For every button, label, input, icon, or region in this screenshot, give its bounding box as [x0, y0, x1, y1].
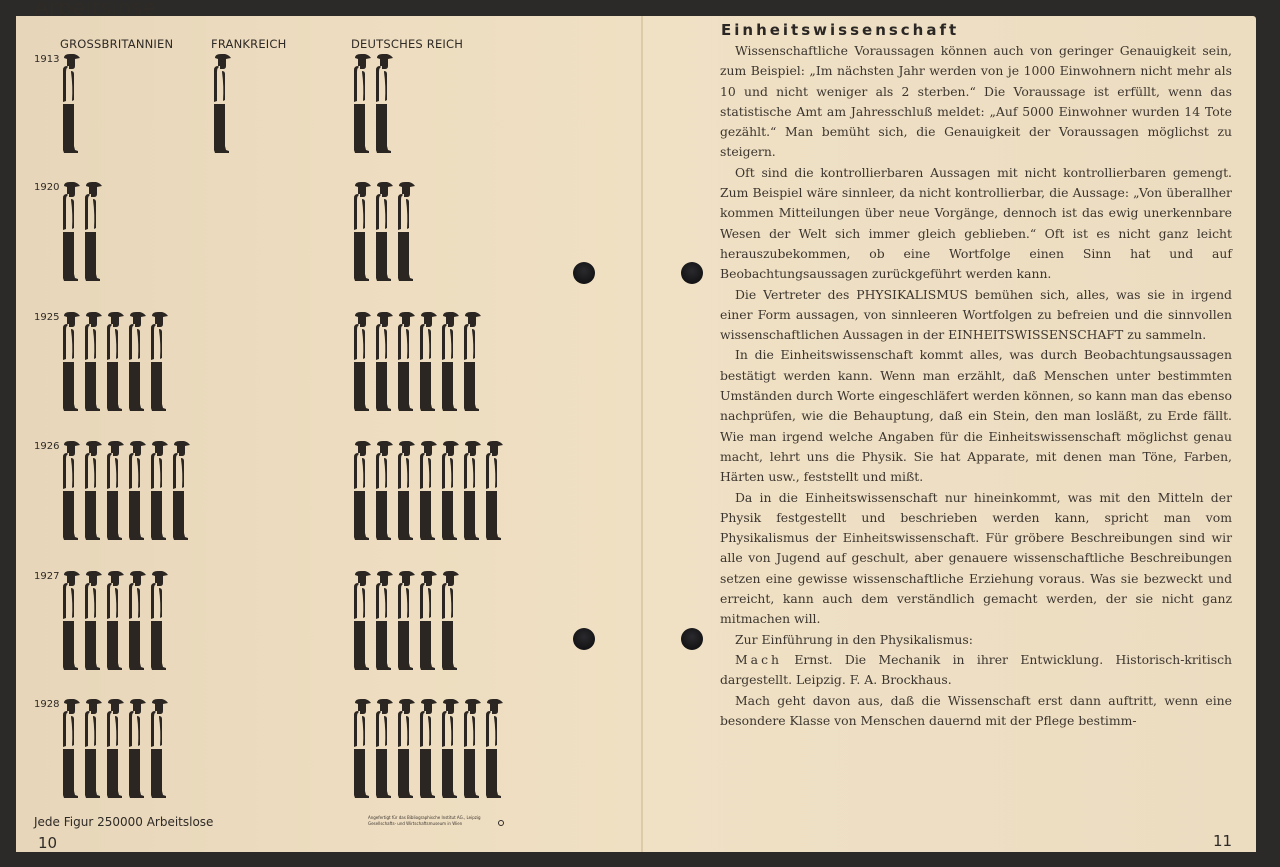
punch-hole-icon	[573, 262, 595, 284]
unemployed-person-icon	[395, 312, 416, 412]
figure-row	[211, 54, 232, 154]
chart-title: Arbeitslose	[34, 2, 156, 18]
year-label: 1928	[34, 699, 59, 710]
country-label-gb: GROSSBRITANNIEN	[60, 37, 173, 51]
year-label: 1927	[34, 571, 59, 582]
unemployed-person-icon	[82, 182, 103, 282]
unemployed-person-icon	[104, 312, 125, 412]
unemployed-person-icon	[126, 699, 147, 799]
unemployed-person-icon	[461, 699, 482, 799]
reference-details: Ernst. Die Mechanik in ihrer Entwicklung…	[720, 652, 1232, 687]
unemployed-person-icon	[439, 441, 460, 541]
unemployed-person-icon	[439, 571, 460, 671]
unemployed-person-icon	[373, 571, 394, 671]
unemployed-person-icon	[395, 699, 416, 799]
page-number-left: 10	[38, 834, 57, 852]
paragraph: Die Vertreter des PHYSIKALISMUS bemühen …	[720, 285, 1232, 346]
figure-row	[351, 699, 504, 799]
unemployed-person-icon	[417, 571, 438, 671]
unemployed-person-icon	[60, 441, 81, 541]
unemployed-person-icon	[373, 441, 394, 541]
unemployed-person-icon	[483, 441, 504, 541]
figure-row	[60, 441, 191, 541]
figure-row	[60, 182, 103, 282]
body-text: Wissenschaftliche Voraussagen können auc…	[720, 41, 1232, 731]
unemployed-person-icon	[483, 699, 504, 799]
paragraph: Da in die Einheitswissenschaft nur hinei…	[720, 488, 1232, 630]
page-number-right: 11	[1213, 832, 1232, 850]
year-label: 1926	[34, 441, 59, 452]
unemployed-person-icon	[148, 571, 169, 671]
paragraph: Wissenschaftliche Voraussagen können auc…	[720, 41, 1232, 163]
reference-author: Mach	[735, 652, 782, 667]
punch-hole-icon	[573, 628, 595, 650]
unemployed-person-icon	[395, 571, 416, 671]
unemployed-person-icon	[351, 54, 372, 154]
unemployed-person-icon	[126, 571, 147, 671]
unemployed-person-icon	[104, 441, 125, 541]
book-spine	[641, 16, 643, 852]
figure-row	[60, 54, 81, 154]
section-heading: Einheitswissenschaft	[721, 21, 959, 39]
unemployed-person-icon	[417, 699, 438, 799]
unemployed-person-icon	[82, 571, 103, 671]
unemployed-person-icon	[417, 312, 438, 412]
paragraph: Zur Einführung in den Physikalismus:	[720, 630, 1232, 650]
unemployed-person-icon	[461, 441, 482, 541]
figure-row	[351, 571, 460, 671]
unemployed-person-icon	[439, 699, 460, 799]
paragraph: In die Einheitswissenschaft kommt alles,…	[720, 345, 1232, 487]
figure-row	[351, 312, 482, 412]
unemployed-person-icon	[82, 312, 103, 412]
year-label: 1913	[34, 54, 59, 65]
unemployed-person-icon	[148, 312, 169, 412]
credit-line-2: Gesellschafts- und Wirtschaftsmuseum in …	[368, 821, 508, 827]
year-label: 1920	[34, 182, 59, 193]
unemployed-person-icon	[373, 54, 394, 154]
unemployed-person-icon	[60, 312, 81, 412]
unemployed-person-icon	[126, 312, 147, 412]
unemployed-person-icon	[395, 441, 416, 541]
country-label-de: DEUTSCHES REICH	[351, 37, 463, 51]
unemployed-person-icon	[373, 182, 394, 282]
unemployed-person-icon	[373, 699, 394, 799]
unemployed-person-icon	[373, 312, 394, 412]
figure-row	[351, 54, 394, 154]
unemployed-person-icon	[211, 54, 232, 154]
unemployed-person-icon	[104, 699, 125, 799]
punch-hole-icon	[681, 628, 703, 650]
figure-row	[60, 699, 169, 799]
unemployed-person-icon	[148, 441, 169, 541]
unemployed-person-icon	[351, 441, 372, 541]
chart-legend: Jede Figur 250000 Arbeitslose	[34, 815, 213, 829]
unemployed-person-icon	[170, 441, 191, 541]
unemployed-person-icon	[351, 182, 372, 282]
figure-row	[60, 312, 169, 412]
unemployed-person-icon	[461, 312, 482, 412]
unemployed-person-icon	[351, 699, 372, 799]
unemployed-person-icon	[417, 441, 438, 541]
unemployed-person-icon	[439, 312, 460, 412]
unemployed-person-icon	[104, 571, 125, 671]
figure-row	[351, 182, 416, 282]
isotype-mark-icon	[498, 820, 504, 826]
unemployed-person-icon	[148, 699, 169, 799]
reference-entry: Mach Ernst. Die Mechanik in ihrer Entwic…	[720, 650, 1232, 691]
paragraph: Mach geht davon aus, daß die Wissenschaf…	[720, 691, 1232, 732]
year-label: 1925	[34, 312, 59, 323]
unemployed-person-icon	[60, 699, 81, 799]
punch-hole-icon	[681, 262, 703, 284]
unemployed-person-icon	[60, 182, 81, 282]
paragraph: Oft sind die kontrollierbaren Aussagen m…	[720, 163, 1232, 285]
unemployed-person-icon	[126, 441, 147, 541]
figure-row	[60, 571, 169, 671]
unemployed-person-icon	[60, 54, 81, 154]
unemployed-person-icon	[82, 699, 103, 799]
publisher-credit: Angefertigt für das Bibliographische Ins…	[368, 815, 508, 826]
unemployed-person-icon	[60, 571, 81, 671]
unemployed-person-icon	[351, 312, 372, 412]
country-label-fr: FRANKREICH	[211, 37, 286, 51]
unemployed-person-icon	[351, 571, 372, 671]
unemployed-person-icon	[395, 182, 416, 282]
unemployed-person-icon	[82, 441, 103, 541]
figure-row	[351, 441, 504, 541]
